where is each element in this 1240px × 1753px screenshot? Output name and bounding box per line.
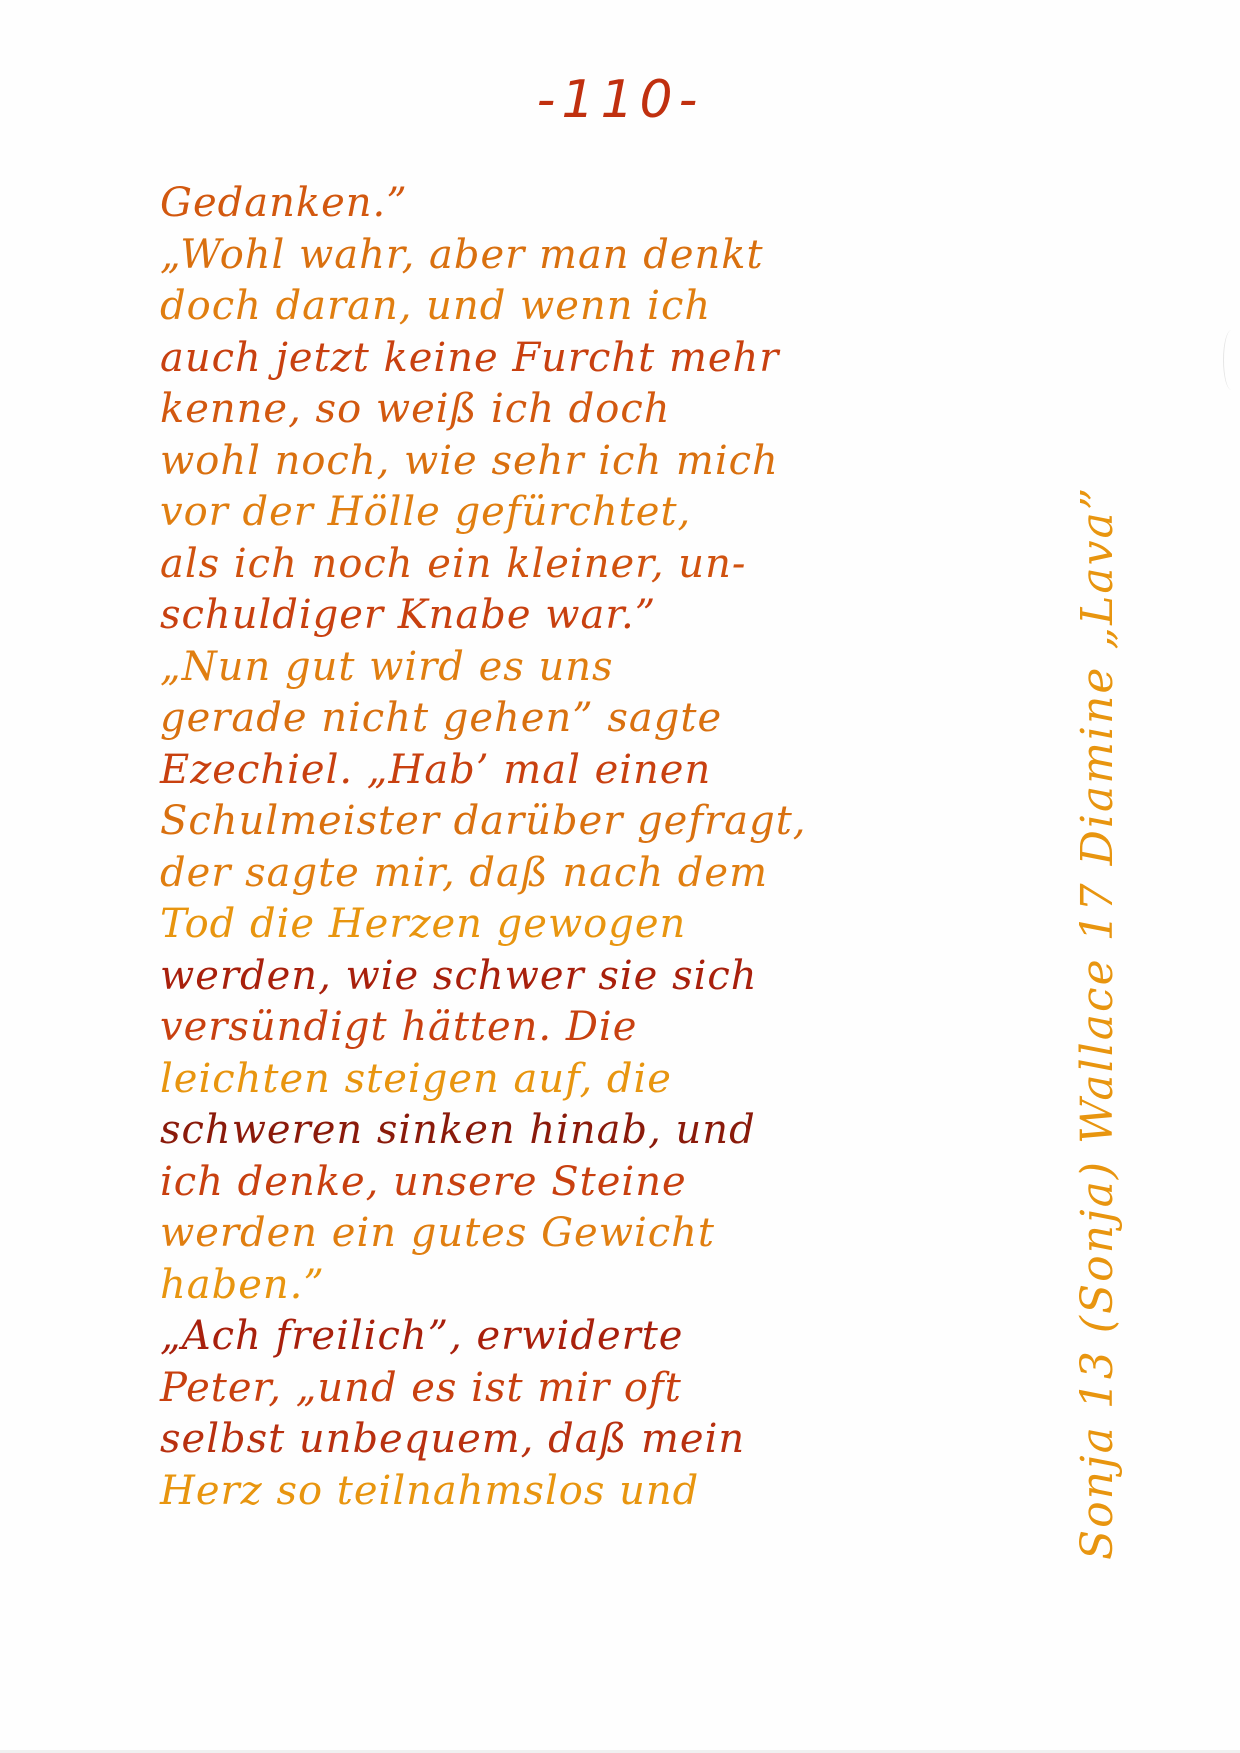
text-line: kenne, so weiß ich doch <box>160 384 1040 436</box>
text-line: auch jetzt keine Furcht mehr <box>160 333 1040 385</box>
paper-edge-mark <box>1223 330 1240 390</box>
text-line: „Wohl wahr, aber man denkt <box>160 230 1040 282</box>
text-line: Herz so teilnahmslos und <box>160 1466 1040 1518</box>
text-line: schuldiger Knabe war.” <box>160 590 1040 642</box>
text-line: ich denke, unsere Steine <box>160 1157 1040 1209</box>
text-line: Tod die Herzen gewogen <box>160 899 1040 951</box>
ink-annotation-margin: Sonja 13 (Sonja) Wallace 17 Diamine „Lav… <box>1068 220 1128 1560</box>
text-line: Schulmeister darüber gefragt, <box>160 796 1040 848</box>
text-line: werden, wie schwer sie sich <box>160 951 1040 1003</box>
text-line: Ezechiel. „Hab’ mal einen <box>160 745 1040 797</box>
text-line: versündigt hätten. Die <box>160 1002 1040 1054</box>
text-line: haben.” <box>160 1260 1040 1312</box>
text-line: vor der Hölle gefürchtet, <box>160 487 1040 539</box>
text-line: doch daran, und wenn ich <box>160 281 1040 333</box>
manuscript-page: -110- Gedanken.” „Wohl wahr, aber man de… <box>0 0 1240 1753</box>
text-line: leichten steigen auf, die <box>160 1054 1040 1106</box>
text-line: der sagte mir, daß nach dem <box>160 848 1040 900</box>
page-number: -110- <box>0 70 1240 130</box>
text-line: schweren sinken hinab, und <box>160 1105 1040 1157</box>
text-line: als ich noch ein kleiner, un- <box>160 539 1040 591</box>
text-line: Peter, „und es ist mir oft <box>160 1363 1040 1415</box>
text-line: „Nun gut wird es uns <box>160 642 1040 694</box>
text-line: Gedanken.” <box>160 178 1040 230</box>
text-line: werden ein gutes Gewicht <box>160 1208 1040 1260</box>
text-line: „Ach freilich”, erwiderte <box>160 1311 1040 1363</box>
text-line: gerade nicht gehen” sagte <box>160 693 1040 745</box>
text-line: wohl noch, wie sehr ich mich <box>160 436 1040 488</box>
text-line: selbst unbequem, daß mein <box>160 1414 1040 1466</box>
handwritten-body: Gedanken.” „Wohl wahr, aber man denkt do… <box>160 178 1040 1517</box>
